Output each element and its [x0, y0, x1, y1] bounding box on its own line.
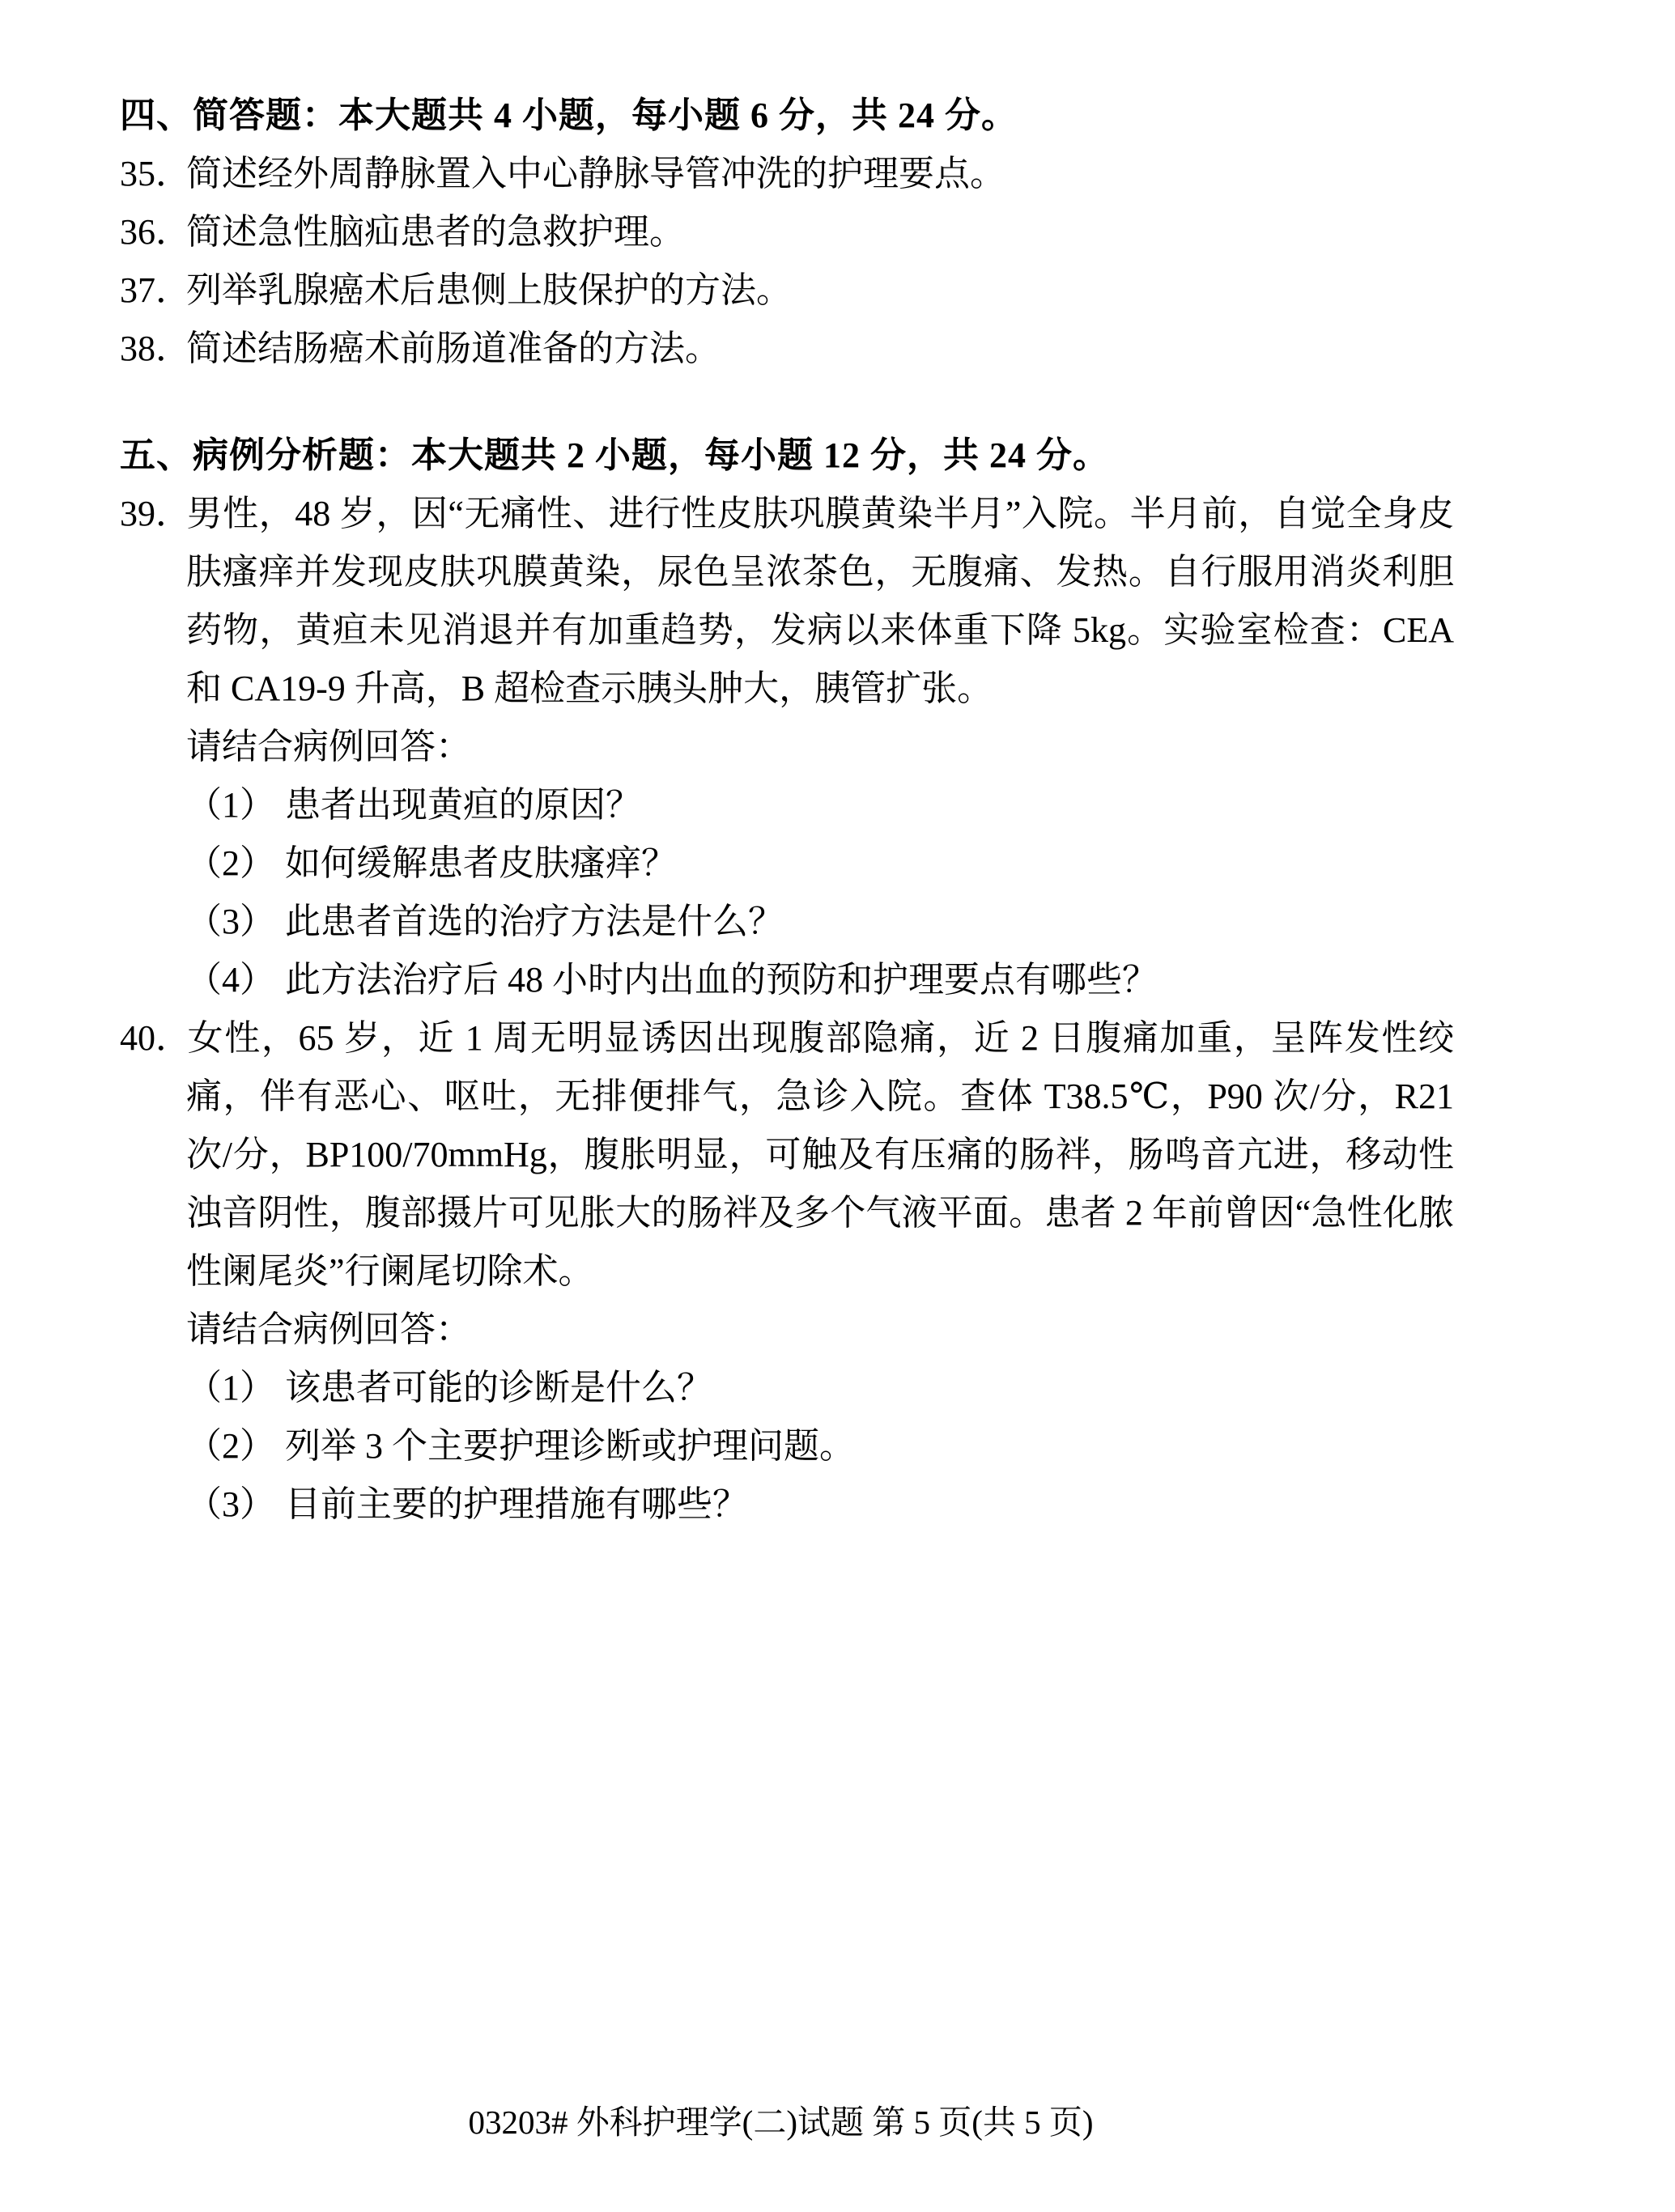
question-35: 35．简述经外周静脉置入中心静脉导管冲洗的护理要点。 [120, 145, 1454, 203]
case-40-question-1-number: （1） [186, 1368, 275, 1407]
question-36-text: 简述急性脑疝患者的急救护理。 [186, 212, 685, 252]
case-39-question-4: （4）此方法治疗后 48 小时内出血的预防和护理要点有哪些？ [186, 951, 1454, 1009]
section5-heading: 五、病例分析题：本大题共 2 小题，每小题 12 分，共 24 分。 [120, 427, 1454, 485]
case-40: 40．女性，65 岁，近 1 周无明显诱因出现腹部隐痛，近 2 日腹痛加重，呈阵… [120, 1009, 1454, 1534]
question-35-number: 35． [120, 145, 186, 203]
case-39-question-1: （1）患者出现黄疸的原因？ [186, 776, 1454, 834]
question-38: 38．简述结肠癌术前肠道准备的方法。 [120, 320, 1454, 378]
case-40-body: 40．女性，65 岁，近 1 周无明显诱因出现腹部隐痛，近 2 日腹痛加重，呈阵… [120, 1009, 1454, 1301]
question-37-number: 37． [120, 261, 186, 320]
question-37-text: 列举乳腺癌术后患侧上肢保护的方法。 [186, 270, 792, 310]
question-38-number: 38． [120, 320, 186, 378]
case-39-question-1-number: （1） [186, 785, 275, 825]
case-39-number: 39． [120, 485, 186, 543]
exam-content: 四、简答题：本大题共 4 小题，每小题 6 分，共 24 分。 35．简述经外周… [120, 87, 1454, 1534]
question-36-number: 36． [120, 203, 186, 261]
case-39-prompt: 请结合病例回答： [186, 718, 1454, 776]
question-38-text: 简述结肠癌术前肠道准备的方法。 [186, 329, 721, 368]
case-40-question-1: （1）该患者可能的诊断是什么？ [186, 1359, 1454, 1417]
case-39: 39．男性，48 岁，因“无痛性、进行性皮肤巩膜黄染半月”入院。半月前，自觉全身… [120, 485, 1454, 1009]
case-39-body: 39．男性，48 岁，因“无痛性、进行性皮肤巩膜黄染半月”入院。半月前，自觉全身… [120, 485, 1454, 718]
page-footer: 03203# 外科护理学(二)试题 第 5 页(共 5 页) [0, 2102, 1562, 2142]
case-39-question-4-text: 此方法治疗后 48 小时内出血的预防和护理要点有哪些？ [285, 960, 1158, 1000]
case-39-question-3-text: 此患者首选的治疗方法是什么？ [285, 902, 784, 941]
case-39-question-1-text: 患者出现黄疸的原因？ [285, 785, 641, 825]
case-40-question-3: （3）目前主要的护理措施有哪些？ [186, 1475, 1454, 1534]
section4-heading: 四、简答题：本大题共 4 小题，每小题 6 分，共 24 分。 [120, 87, 1454, 145]
case-39-description: 男性，48 岁，因“无痛性、进行性皮肤巩膜黄染半月”入院。半月前，自觉全身皮肤瘙… [186, 494, 1454, 708]
case-40-question-2: （2）列举 3 个主要护理诊断或护理问题。 [186, 1417, 1454, 1475]
case-40-question-3-text: 目前主要的护理措施有哪些？ [285, 1484, 748, 1524]
case-39-question-2-text: 如何缓解患者皮肤瘙痒？ [285, 843, 677, 883]
case-40-question-1-text: 该患者可能的诊断是什么？ [285, 1368, 712, 1407]
case-39-question-2: （2）如何缓解患者皮肤瘙痒？ [186, 834, 1454, 893]
case-39-question-2-number: （2） [186, 843, 275, 883]
case-40-question-2-number: （2） [186, 1426, 275, 1466]
case-40-prompt: 请结合病例回答： [186, 1301, 1454, 1359]
case-39-question-4-number: （4） [186, 960, 275, 1000]
case-40-question-3-number: （3） [186, 1484, 275, 1524]
case-39-question-3: （3）此患者首选的治疗方法是什么？ [186, 893, 1454, 951]
question-36: 36．简述急性脑疝患者的急救护理。 [120, 203, 1454, 261]
question-35-text: 简述经外周静脉置入中心静脉导管冲洗的护理要点。 [186, 154, 1005, 193]
case-39-question-3-number: （3） [186, 902, 275, 941]
case-40-number: 40． [120, 1009, 186, 1068]
case-40-question-2-text: 列举 3 个主要护理诊断或护理问题。 [285, 1426, 855, 1466]
case-40-description: 女性，65 岁，近 1 周无明显诱因出现腹部隐痛，近 2 日腹痛加重，呈阵发性绞… [186, 1018, 1454, 1291]
question-37: 37．列举乳腺癌术后患侧上肢保护的方法。 [120, 261, 1454, 320]
